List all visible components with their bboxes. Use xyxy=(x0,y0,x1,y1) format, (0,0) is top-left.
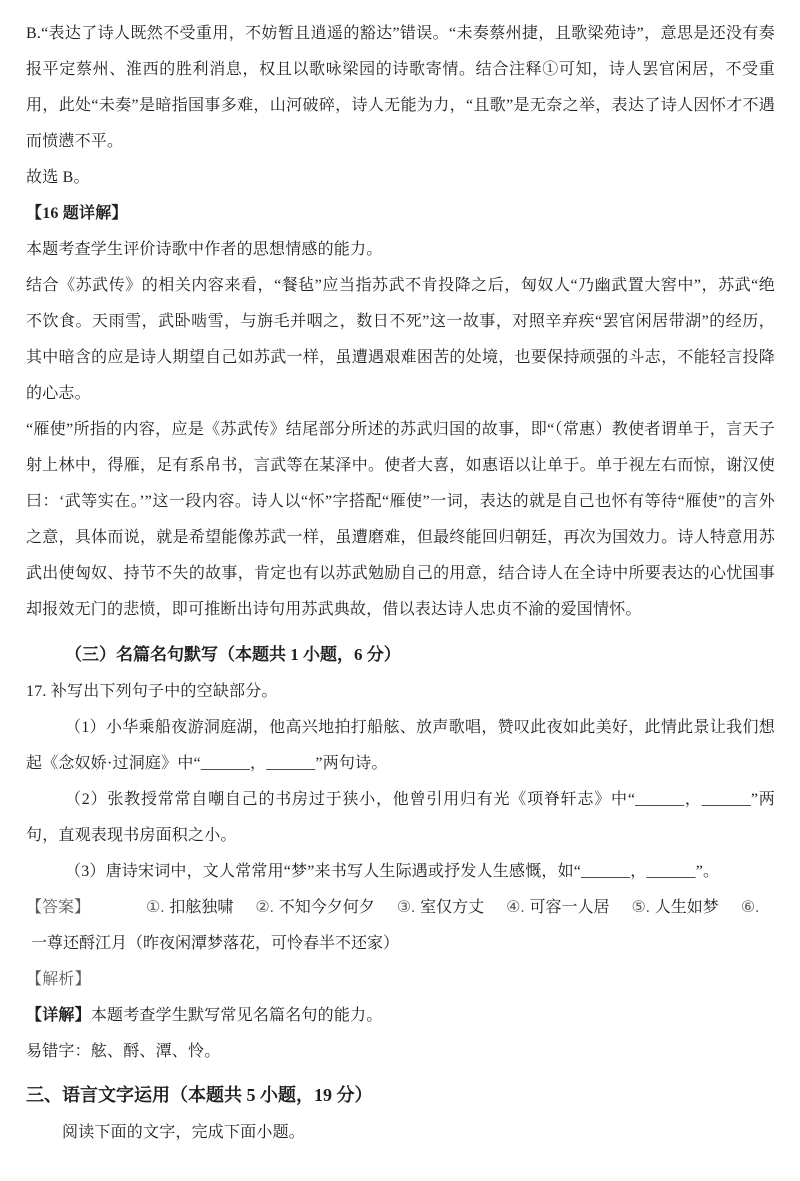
answer-item-1-number: ①. xyxy=(146,899,164,916)
answer-item-6-number: ⑥. xyxy=(741,899,759,916)
answer-item-4-text: 可容一人居 xyxy=(529,899,609,916)
answer-item-3: ③.室仅方丈 xyxy=(397,899,484,916)
conclusion-line: 故选 B。 xyxy=(26,160,775,196)
answer-line: 【答案】①.扣舷独啸②.不知今夕何夕③.室仅方丈④.可容一人居⑤.人生如梦⑥.一… xyxy=(26,890,775,962)
answer-item-1: ①.扣舷独啸 xyxy=(146,899,233,916)
section-heading-dictation: （三）名篇名句默写（本题共 1 小题，6 分） xyxy=(26,636,775,674)
q16-analysis-paragraph-2: “雁使”所指的内容，应是《苏武传》结尾部分所述的苏武归国的故事，即“（常惠）教使… xyxy=(26,412,775,628)
answer-label: 【答案】 xyxy=(26,899,90,916)
q16-analysis-paragraph-1: 结合《苏武传》的相关内容来看，“餐毡”应当指苏武不肯投降之后，匈奴人“乃幽武置大… xyxy=(26,268,775,412)
section-heading-language-use: 三、语言文字运用（本题共 5 小题，19 分） xyxy=(26,1075,775,1115)
exam-answer-document: B.“表达了诗人既然不受重用，不妨暂且逍遥的豁达”错误。“未奏蔡州捷，且歌梁苑诗… xyxy=(0,0,800,1181)
answer-item-4: ④.可容一人居 xyxy=(506,899,609,916)
reading-prompt: 阅读下面的文字，完成下面小题。 xyxy=(26,1115,775,1151)
q17-stem-text: 补写出下列句子中的空缺部分。 xyxy=(51,683,278,700)
answer-item-5-number: ⑤. xyxy=(631,899,649,916)
answer-item-6-text: 一尊还酹江月（昨夜闲潭梦落花，可怜春半不还家） xyxy=(31,935,399,952)
answer-item-4-number: ④. xyxy=(506,899,524,916)
q16-detail-heading: 【16 题详解】 xyxy=(26,196,775,232)
answer-item-3-text: 室仅方丈 xyxy=(420,899,484,916)
answer-item-2-number: ②. xyxy=(255,899,273,916)
answer-item-5-text: 人生如梦 xyxy=(655,899,719,916)
option-b-analysis-paragraph: B.“表达了诗人既然不受重用，不妨暂且逍遥的豁达”错误。“未奏蔡州捷，且歌梁苑诗… xyxy=(26,16,775,160)
q16-ability-statement: 本题考查学生评价诗歌中作者的思想情感的能力。 xyxy=(26,232,775,268)
detail-text: 本题考查学生默写常见名篇名句的能力。 xyxy=(91,1007,383,1024)
q17-stem-line: 17. 补写出下列句子中的空缺部分。 xyxy=(26,674,775,710)
analysis-label-line: 【解析】 xyxy=(26,962,775,998)
q17-number: 17. xyxy=(26,683,47,700)
answer-item-1-text: 扣舷独啸 xyxy=(169,899,233,916)
q17-item-1: （1）小华乘船夜游洞庭湖，他高兴地拍打船舷、放声歌唱，赞叹此夜如此美好，此情此景… xyxy=(26,710,775,782)
answer-item-3-number: ③. xyxy=(397,899,415,916)
answer-item-2: ②.不知今夕何夕 xyxy=(255,899,374,916)
detail-line: 【详解】本题考查学生默写常见名篇名句的能力。 xyxy=(26,998,775,1034)
error-prone-characters-note: 易错字：舷、酹、潭、怜。 xyxy=(26,1034,775,1070)
analysis-label: 【解析】 xyxy=(26,971,91,988)
detail-label: 【详解】 xyxy=(26,1007,91,1024)
answer-item-5: ⑤.人生如梦 xyxy=(631,899,718,916)
q17-item-2: （2）张教授常常自嘲自己的书房过于狭小，他曾引用归有光《项脊轩志》中“_____… xyxy=(26,782,775,854)
answer-item-2-text: 不知今夕何夕 xyxy=(279,899,375,916)
q17-item-3: （3）唐诗宋词中，文人常常用“梦”来书写人生际遇或抒发人生感慨，如“______… xyxy=(26,854,775,890)
